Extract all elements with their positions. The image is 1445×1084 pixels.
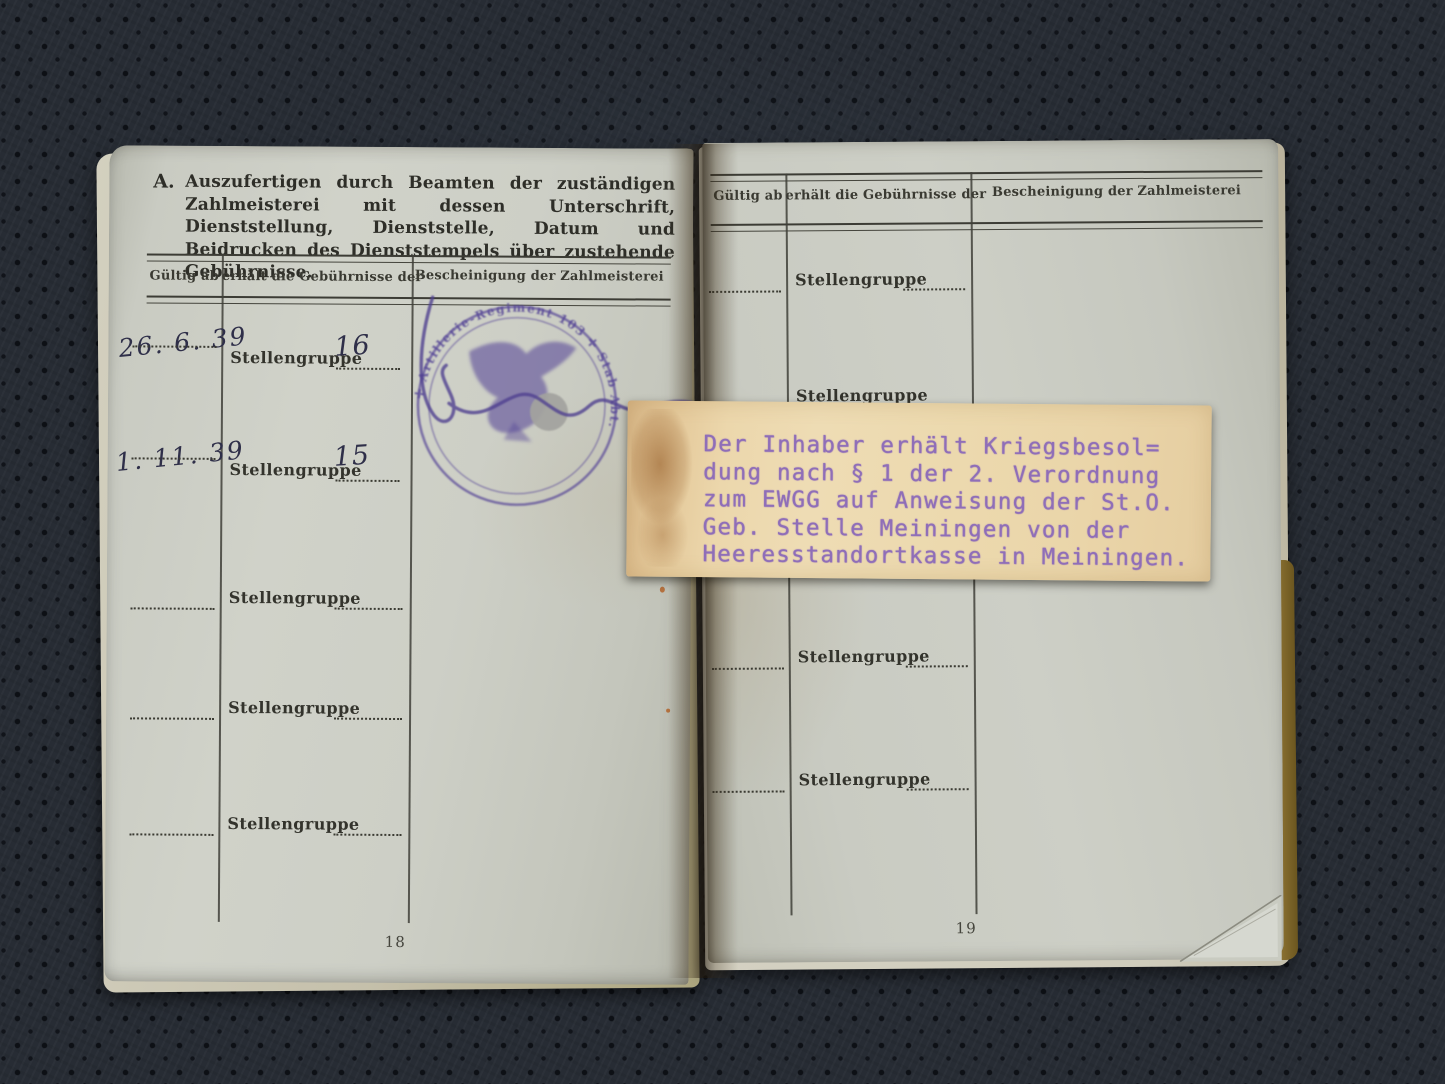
column-label-certificate: Bescheinigung der Zahlmeisterei [970, 183, 1262, 200]
column-label-certificate: Bescheinigung der Zahlmeisterei [412, 268, 667, 285]
dotted-line [713, 790, 785, 793]
dotted-line [333, 834, 401, 836]
left-page: A. Auszufertigen durch Beamten der zustä… [104, 145, 693, 985]
slip-line: Geb. Stelle Meiningen von der [703, 514, 1203, 546]
photo-of-paybook: A. Auszufertigen durch Beamten der zustä… [0, 0, 1445, 1084]
dotted-line [336, 368, 400, 370]
table-row: Stellengruppe [110, 145, 694, 149]
dog-ear-fold [1179, 895, 1281, 962]
page-number: 18 [385, 933, 406, 951]
column-label-valid-from: Gültig ab [710, 188, 785, 204]
section-label: A. [153, 170, 174, 192]
dotted-line [712, 667, 784, 670]
rule [711, 220, 1263, 232]
rule [710, 170, 1262, 182]
group-value: 15 [333, 440, 371, 473]
column-divider [218, 254, 224, 922]
dotted-line [903, 288, 965, 290]
table-row: Stellengruppe [702, 139, 1278, 143]
dotted-line [907, 788, 969, 790]
dotted-line [129, 833, 213, 836]
dotted-line [709, 290, 781, 293]
stellengruppe-label: Stellengruppe [798, 646, 930, 666]
dotted-line [335, 608, 403, 610]
valid-from-date: 26. 6. 39 [117, 321, 249, 363]
dotted-line [131, 607, 215, 610]
slip-line: Heeresstandortkasse in Meiningen. [702, 541, 1202, 573]
slip-line: zum EWGG auf Anweisung der St.O. [703, 486, 1203, 518]
table-row: Stellengruppe [110, 145, 694, 149]
rust-speck [666, 709, 670, 713]
table-row: 1. 11. 39 Stellengruppe 15 [110, 145, 694, 149]
stellengruppe-label: Stellengruppe [228, 698, 360, 718]
table-row: Stellengruppe [110, 145, 694, 149]
pay-slip: Der Inhaber erhält Kriegsbesol= dung nac… [626, 400, 1212, 581]
table-row: Stellengruppe [702, 139, 1278, 143]
stellengruppe-label: Stellengruppe [227, 814, 359, 834]
stellengruppe-label: Stellengruppe [799, 769, 931, 789]
dotted-line [334, 718, 402, 720]
column-label-valid-from: Gültig ab [147, 268, 222, 283]
page-number: 19 [956, 919, 977, 937]
dotted-line [906, 665, 968, 667]
rust-speck [660, 587, 665, 593]
stellengruppe-label: Stellengruppe [795, 269, 927, 289]
slip-line: dung nach § 1 der 2. Verordnung [703, 459, 1203, 491]
valid-from-date: 1. 11. 39 [115, 435, 247, 477]
slip-text: Der Inhaber erhält Kriegsbesol= dung nac… [702, 431, 1203, 573]
dotted-line [336, 480, 400, 482]
dotted-line [130, 717, 214, 720]
slip-tape-stain [630, 408, 695, 567]
column-label-entitlement: erhält die Gebührnisse der [222, 269, 412, 285]
group-value: 16 [333, 330, 371, 363]
table-row: 26. 6. 39 Stellengruppe 16 [110, 145, 694, 149]
slip-line: Der Inhaber erhält Kriegsbesol= [703, 431, 1203, 463]
table-row: Stellengruppe [702, 139, 1278, 143]
stellengruppe-label: Stellengruppe [229, 588, 361, 608]
column-label-entitlement: erhält die Gebührnisse der [785, 187, 970, 203]
table-row: Stellengruppe [702, 139, 1278, 143]
